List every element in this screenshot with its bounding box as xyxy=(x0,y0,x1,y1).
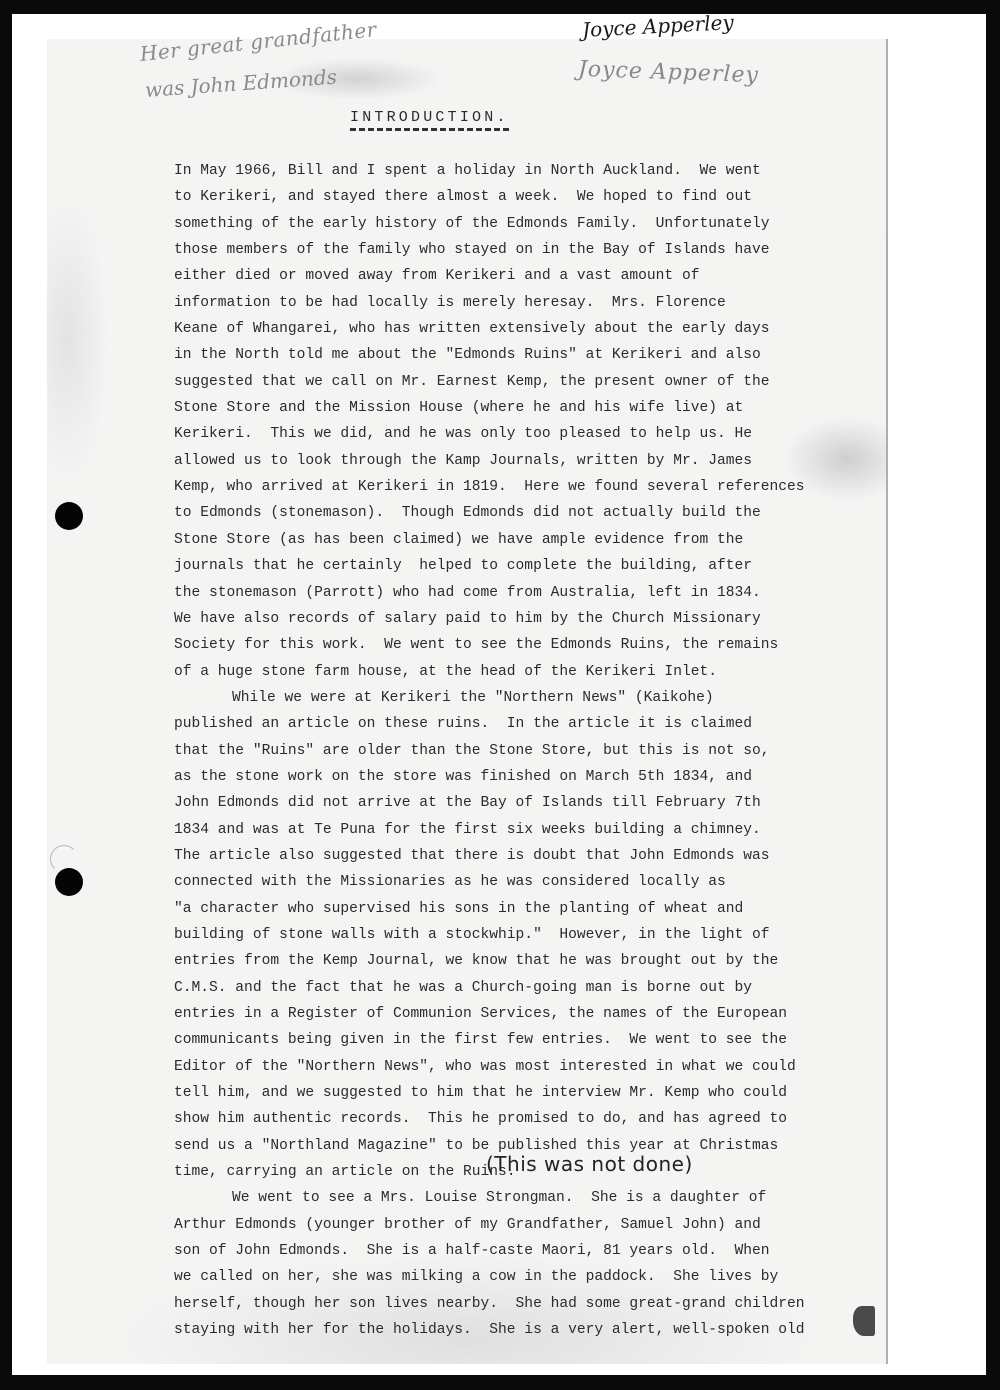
text-line: Kerikeri. This we did, and he was only t… xyxy=(174,421,854,447)
text-line: published an article on these ruins. In … xyxy=(174,711,854,737)
text-line: Stone Store (as has been claimed) we hav… xyxy=(174,527,854,553)
text-line: that the "Ruins" are older than the Ston… xyxy=(174,738,854,764)
text-line: either died or moved away from Kerikeri … xyxy=(174,263,854,289)
text-line: 1834 and was at Te Puna for the first si… xyxy=(174,817,854,843)
text-line: Arthur Edmonds (younger brother of my Gr… xyxy=(174,1212,854,1238)
ink-blot xyxy=(853,1306,875,1336)
text-line: to Kerikeri, and stayed there almost a w… xyxy=(174,184,854,210)
text-line: those members of the family who stayed o… xyxy=(174,237,854,263)
text-line: connected with the Missionaries as he wa… xyxy=(174,869,854,895)
text-line: in the North told me about the "Edmonds … xyxy=(174,342,854,368)
text-line: to Edmonds (stonemason). Though Edmonds … xyxy=(174,500,854,526)
text-line: entries from the Kemp Journal, we know t… xyxy=(174,948,854,974)
scanner-background: Her great grandfather was John Edmonds J… xyxy=(0,0,1000,1390)
text-line: information to be had locally is merely … xyxy=(174,290,854,316)
text-line: journals that he certainly helped to com… xyxy=(174,553,854,579)
text-line: We have also records of salary paid to h… xyxy=(174,606,854,632)
text-line: as the stone work on the store was finis… xyxy=(174,764,854,790)
text-line: C.M.S. and the fact that he was a Church… xyxy=(174,975,854,1001)
text-line: In May 1966, Bill and I spent a holiday … xyxy=(174,158,854,184)
text-line: we called on her, she was milking a cow … xyxy=(174,1264,854,1290)
text-line: communicants being given in the first fe… xyxy=(174,1027,854,1053)
text-line: allowed us to look through the Kamp Jour… xyxy=(174,448,854,474)
punch-hole-upper xyxy=(55,502,83,530)
text-line: We went to see a Mrs. Louise Strongman. … xyxy=(174,1185,854,1211)
text-line: herself, though her son lives nearby. Sh… xyxy=(174,1291,854,1317)
text-line: While we were at Kerikeri the "Northern … xyxy=(174,685,854,711)
text-line: Kemp, who arrived at Kerikeri in 1819. H… xyxy=(174,474,854,500)
text-line: John Edmonds did not arrive at the Bay o… xyxy=(174,790,854,816)
text-line: Society for this work. We went to see th… xyxy=(174,632,854,658)
text-line: "a character who supervised his sons in … xyxy=(174,896,854,922)
text-line: son of John Edmonds. She is a half-caste… xyxy=(174,1238,854,1264)
text-line: something of the early history of the Ed… xyxy=(174,211,854,237)
text-line: the stonemason (Parrott) who had come fr… xyxy=(174,580,854,606)
text-line: tell him, and we suggested to him that h… xyxy=(174,1080,854,1106)
text-line: of a huge stone farm house, at the head … xyxy=(174,659,854,685)
text-line: staying with her for the holidays. She i… xyxy=(174,1317,854,1343)
text-line: The article also suggested that there is… xyxy=(174,843,854,869)
text-line: Editor of the "Northern News", who was m… xyxy=(174,1054,854,1080)
text-line: entries in a Register of Communion Servi… xyxy=(174,1001,854,1027)
text-line: show him authentic records. This he prom… xyxy=(174,1106,854,1132)
punch-hole-lower xyxy=(55,868,83,896)
text-line: Keane of Whangarei, who has written exte… xyxy=(174,316,854,342)
handwritten-margin-note: (This was not done) xyxy=(486,1152,693,1176)
page-title: INTRODUCTION. xyxy=(350,109,509,131)
text-line: suggested that we call on Mr. Earnest Ke… xyxy=(174,369,854,395)
text-line: Stone Store and the Mission House (where… xyxy=(174,395,854,421)
text-line: building of stone walls with a stockwhip… xyxy=(174,922,854,948)
